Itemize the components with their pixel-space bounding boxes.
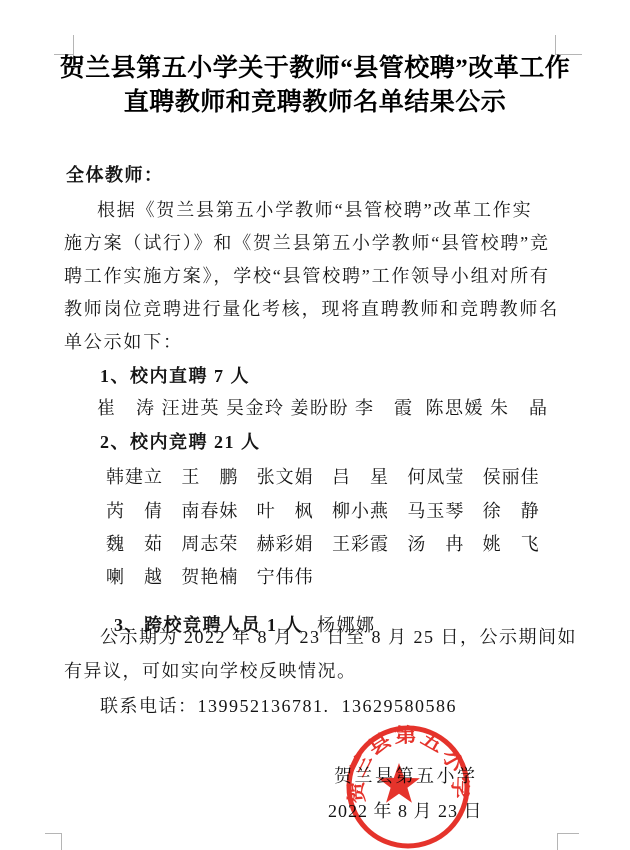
salutation: 全体教师：	[66, 161, 164, 187]
teacher-name: 徐 静	[483, 497, 558, 523]
teacher-name: 汤 冉	[407, 530, 482, 556]
intro-line: 单公示如下：	[64, 328, 183, 354]
teacher-name: 叶 枫	[257, 497, 332, 523]
crop-mark-bottom-left	[45, 833, 62, 850]
document-title-line1: 贺兰县第五小学关于教师“县管校聘”改革工作	[0, 52, 630, 86]
teacher-name: 周志荣	[181, 530, 256, 556]
teacher-name: 张文娟	[257, 463, 332, 489]
document-page: { "doc": { "title": { "line1": "贺兰县第五小学关…	[0, 0, 630, 850]
section2-names-row: 芮 倩 南春妹 叶 枫 柳小燕 马玉琴 徐 静	[106, 497, 558, 523]
teacher-name: 柳小燕	[332, 497, 407, 523]
intro-line: 施方案（试行）》和《贺兰县第五小学教师“县管校聘”竞	[64, 229, 550, 255]
seal-star-icon	[378, 763, 420, 803]
teacher-name: 何凤莹	[407, 463, 482, 489]
official-seal-stamp: 贺兰县第五小学	[338, 720, 482, 850]
intro-line: 教师岗位竞聘进行量化考核，现将直聘教师和竞聘教师名	[64, 295, 559, 321]
crop-mark-bottom-right	[557, 833, 579, 850]
document-title: 贺兰县第五小学关于教师“县管校聘”改革工作 直聘教师和竞聘教师名单结果公示	[0, 52, 630, 120]
teacher-name: 喇 越	[106, 563, 181, 589]
teacher-name: 吕 星	[332, 463, 407, 489]
teacher-name: 韩建立	[106, 463, 181, 489]
teacher-name: 宁伟伟	[257, 563, 332, 589]
section1-names: 崔 涛 汪进英 吴金玲 姜盼盼 李 霞 陈思媛 朱 晶	[97, 395, 549, 421]
closing-line: 有异议，可如实向学校反映情况。	[64, 658, 357, 684]
teacher-name: 马玉琴	[407, 497, 482, 523]
teacher-name: 南春妹	[181, 497, 256, 523]
intro-line: 聘工作实施方案》，学校“县管校聘”工作领导小组对所有	[64, 262, 550, 288]
section2-heading: 2、校内竞聘 21 人	[100, 428, 261, 454]
closing-line: 公示期为 2022 年 8 月 23 日至 8 月 25 日，公示期间如	[64, 624, 577, 650]
teacher-name: 贺艳楠	[181, 563, 256, 589]
section2-names-row: 魏 茹 周志荣 赫彩娟 王彩霞 汤 冉 姚 飞	[106, 530, 558, 556]
teacher-name: 魏 茹	[106, 530, 181, 556]
section2-names-row: 韩建立 王 鹏 张文娟 吕 星 何凤莹 侯丽佳	[106, 463, 558, 489]
contact-phone-line: 联系电话：139952136781. 13629580586	[100, 693, 457, 719]
section1-heading: 1、校内直聘 7 人	[100, 362, 250, 388]
teacher-name: 王彩霞	[332, 530, 407, 556]
teacher-name: 赫彩娟	[257, 530, 332, 556]
teacher-name: 王 鹏	[181, 463, 256, 489]
section2-names-row: 喇 越 贺艳楠 宁伟伟	[106, 563, 558, 589]
teacher-name: 芮 倩	[106, 497, 181, 523]
document-title-line2: 直聘教师和竞聘教师名单结果公示	[0, 86, 630, 120]
teacher-name: 姚 飞	[483, 530, 558, 556]
teacher-name: 侯丽佳	[483, 463, 558, 489]
intro-line: 根据《贺兰县第五小学教师“县管校聘”改革工作实	[64, 196, 532, 222]
